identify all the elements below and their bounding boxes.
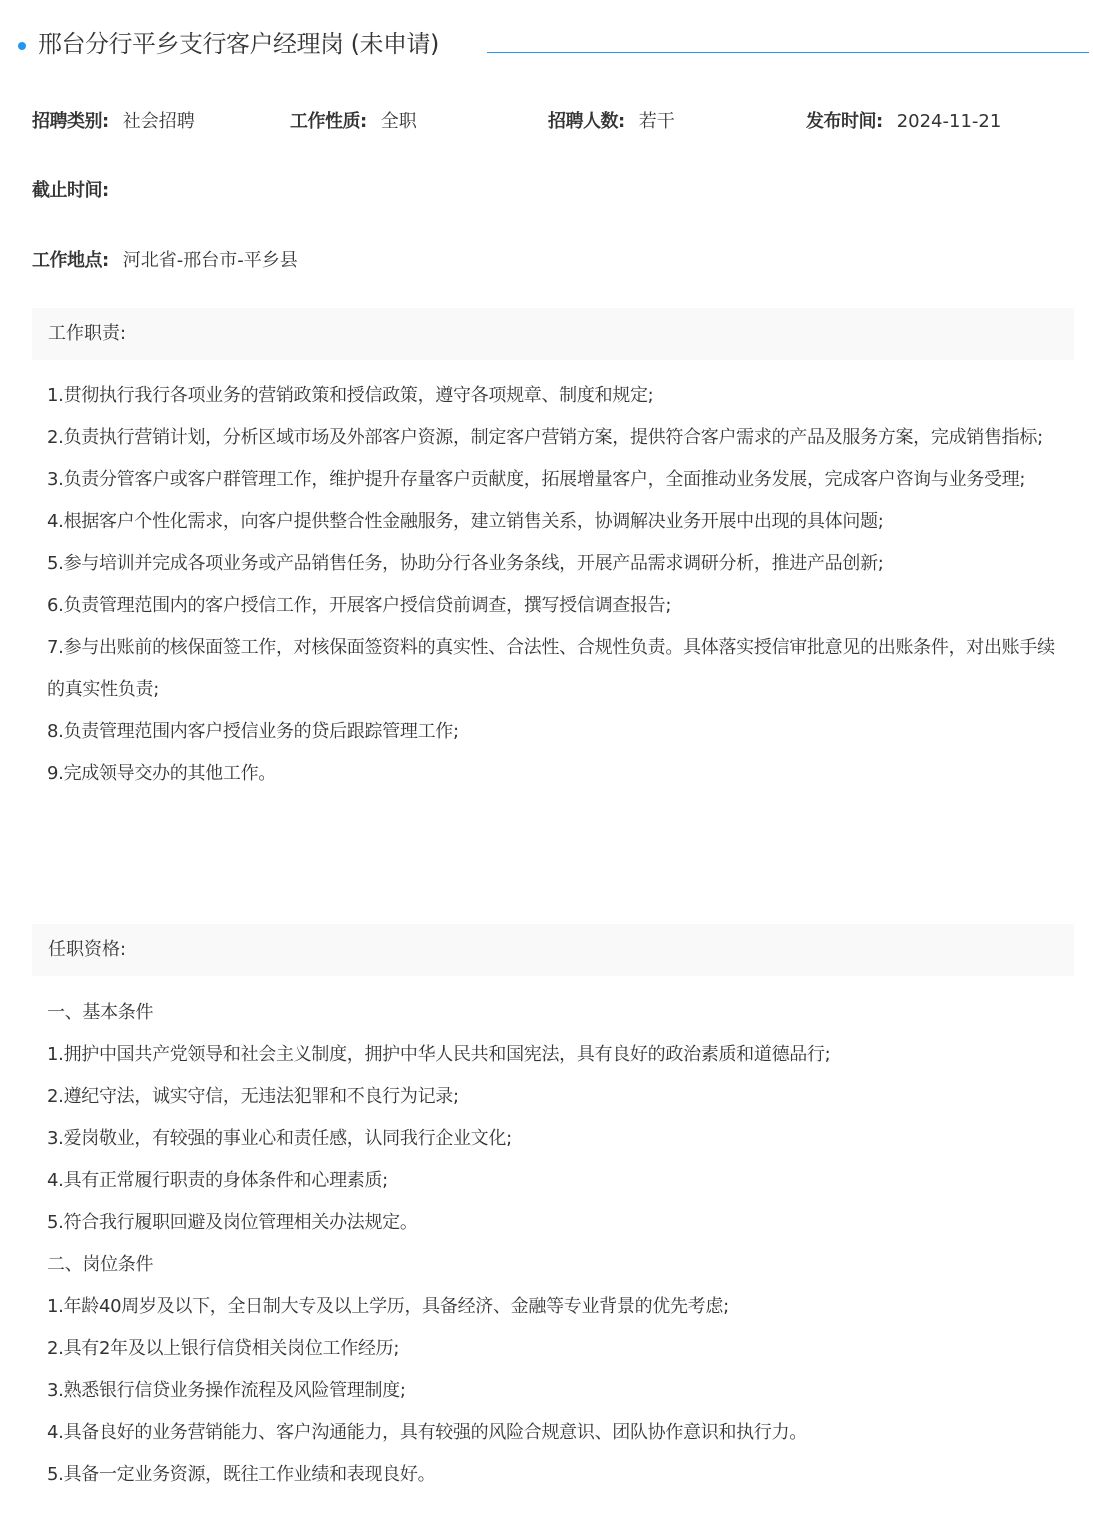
duty-item: 2.负责执行营销计划，分析区域市场及外部客户资源，制定客户营销方案，提供符合客户… bbox=[47, 417, 1067, 459]
qualification-item: 5.具备一定业务资源，既往工作业绩和表现良好。 bbox=[47, 1454, 1067, 1496]
duties-list: 1.贯彻执行我行各项业务的营销政策和授信政策，遵守各项规章、制度和规定; 2.负… bbox=[47, 375, 1067, 795]
meta-category: 招聘类别:社会招聘 bbox=[32, 107, 195, 137]
meta-headcount-value: 若干 bbox=[639, 111, 675, 132]
meta-headcount-label: 招聘人数: bbox=[548, 111, 625, 132]
meta-location-value: 河北省-邢台市-平乡县 bbox=[123, 250, 298, 271]
duties-heading: 工作职责: bbox=[48, 319, 126, 349]
duty-item: 4.根据客户个性化需求，向客户提供整合性金融服务，建立销售关系，协调解决业务开展… bbox=[47, 501, 1067, 543]
meta-publish-date: 发布时间:2024-11-21 bbox=[806, 107, 1001, 137]
duty-item: 3.负责分管客户或客户群管理工作，维护提升存量客户贡献度，拓展增量客户，全面推动… bbox=[47, 459, 1067, 501]
qualification-subheading: 二、岗位条件 bbox=[47, 1244, 1067, 1286]
duty-item: 8.负责管理范围内客户授信业务的贷后跟踪管理工作; bbox=[47, 711, 1067, 753]
meta-row-2: 截止时间: bbox=[32, 176, 1062, 206]
duty-item: 5.参与培训并完成各项业务或产品销售任务，协助分行各业务条线，开展产品需求调研分… bbox=[47, 543, 1067, 585]
meta-nature: 工作性质:全职 bbox=[290, 107, 417, 137]
qualification-item: 5.符合我行履职回避及岗位管理相关办法规定。 bbox=[47, 1202, 1067, 1244]
title-divider bbox=[487, 52, 1089, 53]
meta-nature-label: 工作性质: bbox=[290, 111, 367, 132]
qualification-subheading: 一、基本条件 bbox=[47, 992, 1067, 1034]
qualification-item: 2.具有2年及以上银行信贷相关岗位工作经历; bbox=[47, 1328, 1067, 1370]
qualifications-section-header: 任职资格: bbox=[32, 924, 1074, 976]
meta-location: 工作地点:河北省-邢台市-平乡县 bbox=[32, 246, 298, 276]
meta-headcount: 招聘人数:若干 bbox=[548, 107, 675, 137]
qualifications-heading: 任职资格: bbox=[48, 935, 126, 965]
meta-publish-date-value: 2024-11-21 bbox=[897, 111, 1002, 132]
qualification-item: 1.拥护中国共产党领导和社会主义制度，拥护中华人民共和国宪法，具有良好的政治素质… bbox=[47, 1034, 1067, 1076]
qualification-item: 3.爱岗敬业，有较强的事业心和责任感，认同我行企业文化; bbox=[47, 1118, 1067, 1160]
meta-row-1: 招聘类别:社会招聘 工作性质:全职 招聘人数:若干 发布时间:2024-11-2… bbox=[32, 107, 1062, 137]
meta-category-value: 社会招聘 bbox=[123, 111, 195, 132]
meta-deadline-label: 截止时间: bbox=[32, 180, 109, 201]
meta-publish-date-label: 发布时间: bbox=[806, 111, 883, 132]
meta-location-label: 工作地点: bbox=[32, 250, 109, 271]
duty-item: 6.负责管理范围内的客户授信工作，开展客户授信贷前调查，撰写授信调查报告; bbox=[47, 585, 1067, 627]
qualification-item: 4.具有正常履行职责的身体条件和心理素质; bbox=[47, 1160, 1067, 1202]
qualification-item: 4.具备良好的业务营销能力、客户沟通能力，具有较强的风险合规意识、团队协作意识和… bbox=[47, 1412, 1067, 1454]
meta-row-3: 工作地点:河北省-邢台市-平乡县 bbox=[32, 246, 1062, 276]
duty-item: 9.完成领导交办的其他工作。 bbox=[47, 753, 1067, 795]
duties-section-header: 工作职责: bbox=[32, 308, 1074, 360]
job-title-row: 邢台分行平乡支行客户经理岗 (未申请) bbox=[0, 22, 1093, 66]
bullet-dot-icon bbox=[18, 42, 26, 50]
meta-category-label: 招聘类别: bbox=[32, 111, 109, 132]
duty-item: 7.参与出账前的核保面签工作，对核保面签资料的真实性、合法性、合规性负责。具体落… bbox=[47, 627, 1067, 711]
qualification-item: 3.熟悉银行信贷业务操作流程及风险管理制度; bbox=[47, 1370, 1067, 1412]
job-title: 邢台分行平乡支行客户经理岗 (未申请) bbox=[38, 26, 439, 62]
qualification-item: 1.年龄40周岁及以下，全日制大专及以上学历，具备经济、金融等专业背景的优先考虑… bbox=[47, 1286, 1067, 1328]
meta-deadline: 截止时间: bbox=[32, 176, 123, 206]
duty-item: 1.贯彻执行我行各项业务的营销政策和授信政策，遵守各项规章、制度和规定; bbox=[47, 375, 1067, 417]
qualification-item: 2.遵纪守法，诚实守信，无违法犯罪和不良行为记录; bbox=[47, 1076, 1067, 1118]
qualifications-list: 一、基本条件 1.拥护中国共产党领导和社会主义制度，拥护中华人民共和国宪法，具有… bbox=[47, 992, 1067, 1496]
meta-nature-value: 全职 bbox=[381, 111, 417, 132]
